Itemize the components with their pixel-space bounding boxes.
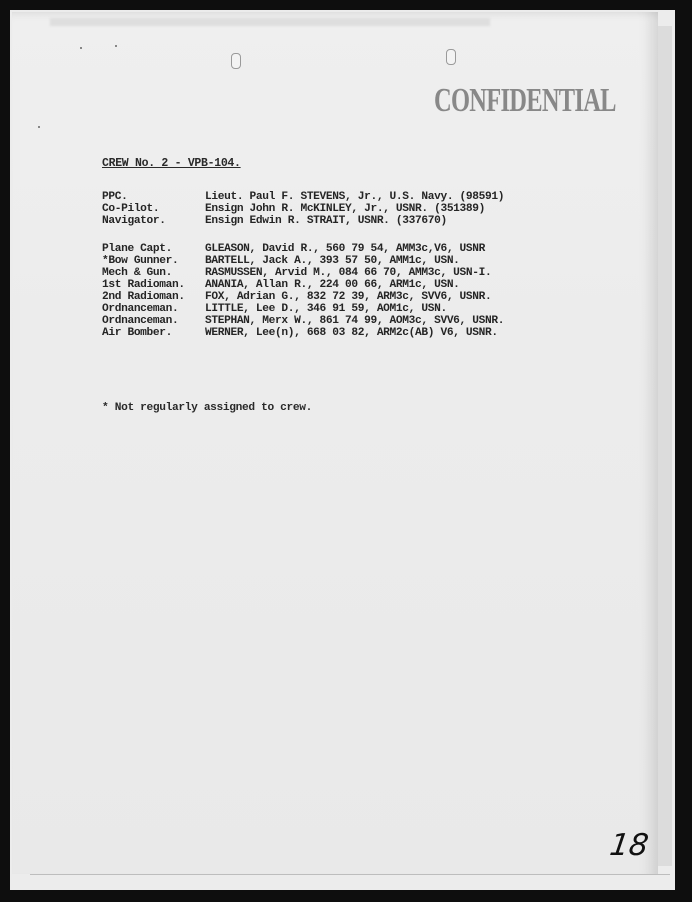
crew-entry: LITTLE, Lee D., 346 91 59, AOM1c, USN. <box>205 303 447 315</box>
handwritten-page-number: 18 <box>608 828 651 863</box>
crew-role: Mech & Gun. <box>102 267 205 279</box>
crew-row: 2nd Radioman. FOX, Adrian G., 832 72 39,… <box>102 291 504 303</box>
page-top-band <box>50 18 490 26</box>
crew-role: Air Bomber. <box>102 327 205 339</box>
crew-role: Plane Capt. <box>102 243 205 255</box>
crew-role: Ordnanceman. <box>102 303 205 315</box>
crew-row: Plane Capt. GLEASON, David R., 560 79 54… <box>102 243 504 255</box>
group-spacer <box>102 227 504 243</box>
crew-roster: PPC. Lieut. Paul F. STEVENS, Jr., U.S. N… <box>102 191 504 339</box>
crew-entry: FOX, Adrian G., 832 72 39, ARM3c, SVV6, … <box>205 291 491 303</box>
footnote: * Not regularly assigned to crew. <box>102 402 312 414</box>
crew-role: *Bow Gunner. <box>102 255 205 267</box>
crew-entry: ANANIA, Allan R., 224 00 66, ARM1c, USN. <box>205 279 460 291</box>
crew-entry: BARTELL, Jack A., 393 57 50, AMM1c, USN. <box>205 255 460 267</box>
crew-role: PPC. <box>102 191 205 203</box>
crew-heading: CREW No. 2 - VPB-104. <box>102 157 241 170</box>
crew-row: Mech & Gun. RASMUSSEN, Arvid M., 084 66 … <box>102 267 504 279</box>
crew-entry: GLEASON, David R., 560 79 54, AMM3c,V6, … <box>205 243 485 255</box>
page-edge-shadow <box>658 26 672 866</box>
document-page <box>12 12 658 874</box>
crew-row: Co-Pilot. Ensign John R. McKINLEY, Jr., … <box>102 203 504 215</box>
speck-mark <box>80 47 82 49</box>
crew-row: Air Bomber. WERNER, Lee(n), 668 03 82, A… <box>102 327 504 339</box>
punch-hole-icon <box>446 49 456 65</box>
crew-row: *Bow Gunner. BARTELL, Jack A., 393 57 50… <box>102 255 504 267</box>
crew-entry: WERNER, Lee(n), 668 03 82, ARM2c(AB) V6,… <box>205 327 498 339</box>
crew-entry: Ensign John R. McKINLEY, Jr., USNR. (351… <box>205 203 485 215</box>
crew-row: Ordnanceman. LITTLE, Lee D., 346 91 59, … <box>102 303 504 315</box>
crew-row: Navigator. Ensign Edwin R. STRAIT, USNR.… <box>102 215 504 227</box>
crew-entry: Lieut. Paul F. STEVENS, Jr., U.S. Navy. … <box>205 191 504 203</box>
page-bottom-edge <box>30 874 670 875</box>
crew-role: 1st Radioman. <box>102 279 205 291</box>
crew-role: Navigator. <box>102 215 205 227</box>
crew-entry: STEPHAN, Merx W., 861 74 99, AOM3c, SVV6… <box>205 315 504 327</box>
crew-entry: Ensign Edwin R. STRAIT, USNR. (337670) <box>205 215 447 227</box>
crew-row: PPC. Lieut. Paul F. STEVENS, Jr., U.S. N… <box>102 191 504 203</box>
crew-row: Ordnanceman. STEPHAN, Merx W., 861 74 99… <box>102 315 504 327</box>
speck-mark <box>38 126 40 128</box>
crew-entry: RASMUSSEN, Arvid M., 084 66 70, AMM3c, U… <box>205 267 491 279</box>
crew-row: 1st Radioman. ANANIA, Allan R., 224 00 6… <box>102 279 504 291</box>
punch-hole-icon <box>231 53 241 69</box>
crew-role: Ordnanceman. <box>102 315 205 327</box>
crew-role: Co-Pilot. <box>102 203 205 215</box>
crew-role: 2nd Radioman. <box>102 291 205 303</box>
confidential-stamp: CONFIDENTIAL <box>434 82 616 120</box>
speck-mark <box>115 45 117 47</box>
